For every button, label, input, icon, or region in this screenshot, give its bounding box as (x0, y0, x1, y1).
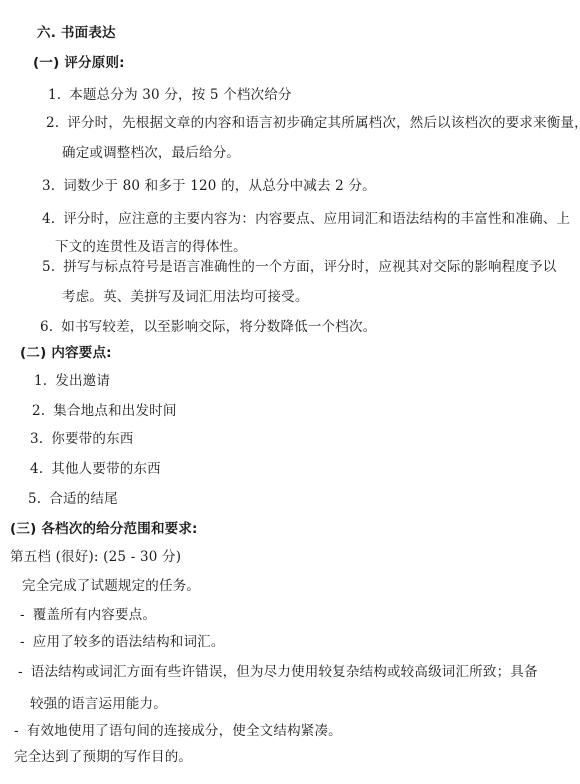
rule-item-4: 4.评分时，应注意的主要内容为：内容要点、应用词汇和语法结构的丰富性和准确、上 (42, 210, 570, 228)
bullet-text: 应用了较多的语法结构和词汇。 (33, 634, 225, 650)
grade5-bullet-1: -覆盖所有内容要点。 (20, 606, 156, 624)
rule-item-1: 1.本题总分为 30 分，按 5 个档次给分 (48, 86, 292, 104)
grade5-bullet-3-cont: 较强的语言运用能力。 (30, 695, 167, 713)
section-title: 六. 书面表达 (37, 24, 116, 42)
point-number: 3. (30, 430, 43, 448)
rule-number: 3. (42, 177, 55, 195)
bullet-text: 语法结构或词汇方面有些许错误，但为尽力使用较复杂结构或较高级词汇所致；具备 (31, 664, 538, 680)
rule-number: 5. (42, 258, 55, 276)
rule-text: 如书写较差，以至影响交际，将分数降低一个档次。 (61, 319, 376, 335)
grade5-title: 第五档 (很好): (25 - 30 分) (10, 548, 181, 566)
rule-item-5-cont: 考虑。英、美拼写及词汇用法均可接受。 (62, 288, 309, 306)
part2-heading: (二) 内容要点: (20, 344, 112, 362)
point-text: 集合地点和出发时间 (53, 403, 176, 419)
dash-marker: - (18, 663, 23, 681)
rule-number: 1. (48, 86, 61, 104)
content-point-3: 3.你要带的东西 (30, 430, 133, 448)
grade5-bullet-4: -有效地使用了语句间的连接成分，使全文结构紧凑。 (14, 722, 342, 740)
rule-item-2-cont: 确定或调整档次，最后给分。 (62, 144, 240, 162)
part3-heading: (三) 各档次的给分范围和要求: (10, 520, 198, 538)
point-text: 合适的结尾 (49, 491, 118, 507)
point-number: 4. (30, 460, 43, 478)
point-text: 发出邀请 (55, 373, 110, 389)
rule-item-4-cont: 下文的连贯性及语言的得体性。 (55, 238, 247, 256)
content-point-2: 2.集合地点和出发时间 (32, 402, 177, 420)
content-point-1: 1.发出邀请 (34, 372, 110, 390)
grade5-summary: 完全完成了试题规定的任务。 (22, 577, 200, 595)
bullet-text: 有效地使用了语句间的连接成分，使全文结构紧凑。 (27, 723, 342, 739)
rule-number: 4. (42, 210, 55, 228)
rule-text: 拼写与标点符号是语言准确性的一个方面，评分时，应视其对交际的影响程度予以 (63, 259, 556, 275)
rule-text: 评分时，先根据文章的内容和语言初步确定其所属档次，然后以该档次的要求来衡量， (67, 115, 580, 131)
dash-marker: - (20, 633, 25, 651)
rule-text: 评分时，应注意的主要内容为：内容要点、应用词汇和语法结构的丰富性和准确、上 (63, 211, 570, 227)
rule-item-5: 5.拼写与标点符号是语言准确性的一个方面，评分时，应视其对交际的影响程度予以 (42, 258, 556, 276)
content-point-5: 5.合适的结尾 (28, 490, 118, 508)
grade5-bullet-2: -应用了较多的语法结构和词汇。 (20, 633, 225, 651)
point-number: 1. (34, 372, 47, 390)
point-number: 2. (32, 402, 45, 420)
rule-item-2: 2.评分时，先根据文章的内容和语言初步确定其所属档次，然后以该档次的要求来衡量， (46, 114, 580, 132)
part1-heading: (一) 评分原则: (33, 54, 125, 72)
bullet-text: 覆盖所有内容要点。 (33, 607, 156, 623)
grade5-bullet-3: -语法结构或词汇方面有些许错误，但为尽力使用较复杂结构或较高级词汇所致；具备 (18, 663, 538, 681)
dash-marker: - (20, 606, 25, 624)
point-text: 其他人要带的东西 (51, 461, 161, 477)
rule-item-6: 6.如书写较差，以至影响交际，将分数降低一个档次。 (40, 318, 376, 336)
rule-item-3: 3.词数少于 80 和多于 120 的，从总分中减去 2 分。 (42, 177, 376, 195)
rule-number: 2. (46, 114, 59, 132)
point-number: 5. (28, 490, 41, 508)
grade5-conclusion: 完全达到了预期的写作目的。 (14, 748, 192, 766)
content-point-4: 4.其他人要带的东西 (30, 460, 161, 478)
rule-text: 词数少于 80 和多于 120 的，从总分中减去 2 分。 (63, 178, 376, 194)
dash-marker: - (14, 722, 19, 740)
rule-text: 本题总分为 30 分，按 5 个档次给分 (69, 87, 291, 103)
point-text: 你要带的东西 (51, 431, 133, 447)
rule-number: 6. (40, 318, 53, 336)
